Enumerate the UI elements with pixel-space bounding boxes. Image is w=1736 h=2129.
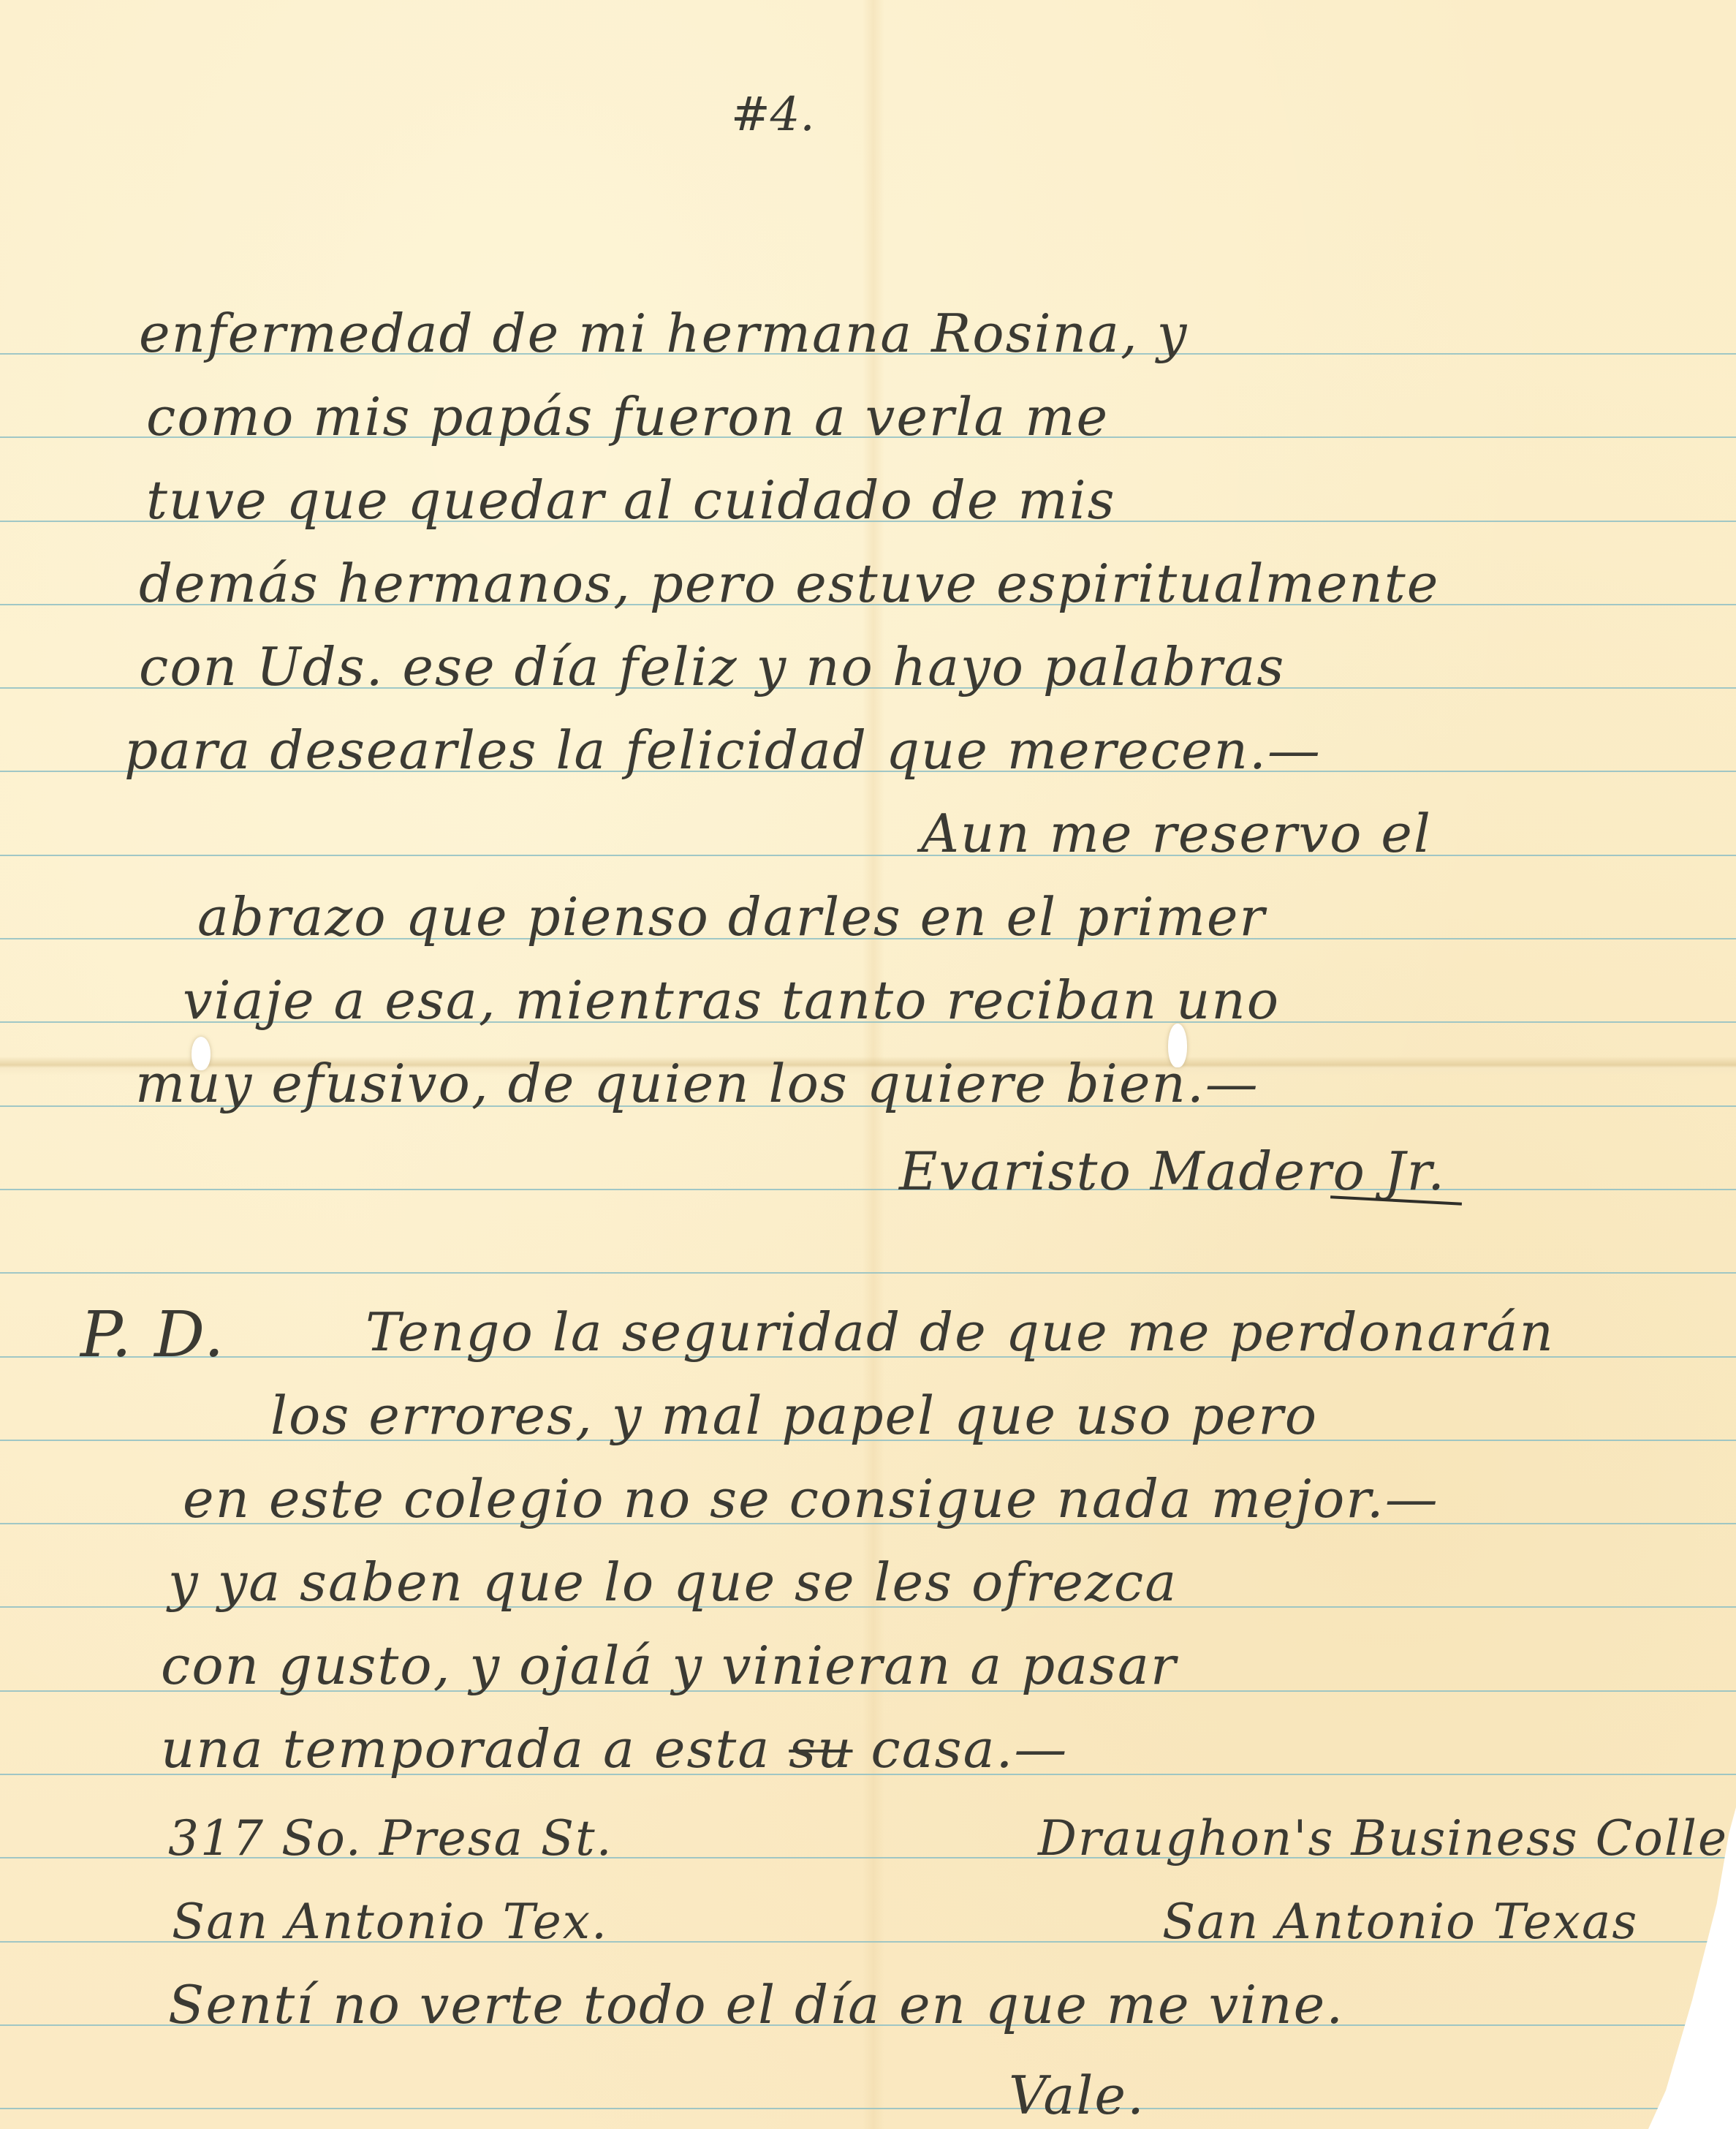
body-line: como mis papás fueron a verla me: [146, 390, 1109, 443]
body-line: abrazo que pienso darles en el primer: [197, 890, 1266, 943]
body-line: Aun me reservo el: [921, 807, 1432, 860]
sender-address-line: San Antonio Tex.: [172, 1894, 608, 1950]
postscript-label: P. D.: [80, 1298, 225, 1372]
rule-line: [0, 855, 1736, 856]
page-number: #4.: [731, 88, 815, 142]
closing-word: Vale.: [1009, 2069, 1145, 2122]
struck-word: su: [789, 1718, 852, 1780]
body-line: para desearles la felicidad que merecen.…: [124, 724, 1322, 776]
letter-page: #4. enfermedad de mi hermana Rosina, y c…: [0, 0, 1736, 2129]
rule-line: [0, 1189, 1736, 1190]
postscript-line: en este colegio no se consigue nada mejo…: [183, 1472, 1439, 1525]
body-line: demás hermanos, pero estuve espiritualme…: [139, 557, 1439, 610]
body-line: viaje a esa, mientras tanto reciban uno: [183, 974, 1280, 1026]
sender-address-line: 317 So. Presa St.: [168, 1810, 613, 1867]
signature: Evaristo Madero Jr.: [899, 1141, 1446, 1202]
closing-note: Sentí no verte todo el día en que me vin…: [168, 1978, 1344, 2031]
college-address-line: Draughon's Business College: [1038, 1810, 1736, 1867]
postscript-line: y ya saben que lo que se les ofrezca: [168, 1556, 1178, 1608]
body-line: con Uds. ese día feliz y no hayo palabra…: [139, 640, 1285, 693]
postscript-line: los errores, y mal papel que uso pero: [270, 1389, 1318, 1442]
body-line: muy efusivo, de quien los quiere bien.—: [135, 1057, 1259, 1110]
body-line: tuve que quedar al cuidado de mis: [146, 474, 1116, 526]
postscript-text: casa.—: [871, 1718, 1068, 1780]
postscript-line: Tengo la seguridad de que me perdonarán: [365, 1306, 1555, 1358]
postscript-line-part: una temporada a esta su casa.—: [161, 1723, 1068, 1775]
rule-line: [0, 1272, 1736, 1274]
postscript-line: con gusto, y ojalá y vinieran a pasar: [161, 1639, 1177, 1692]
college-address-line: San Antonio Texas: [1162, 1894, 1638, 1950]
postscript-text: una temporada a esta: [161, 1718, 770, 1780]
rule-line: [0, 2108, 1736, 2109]
body-line: enfermedad de mi hermana Rosina, y: [139, 307, 1188, 360]
